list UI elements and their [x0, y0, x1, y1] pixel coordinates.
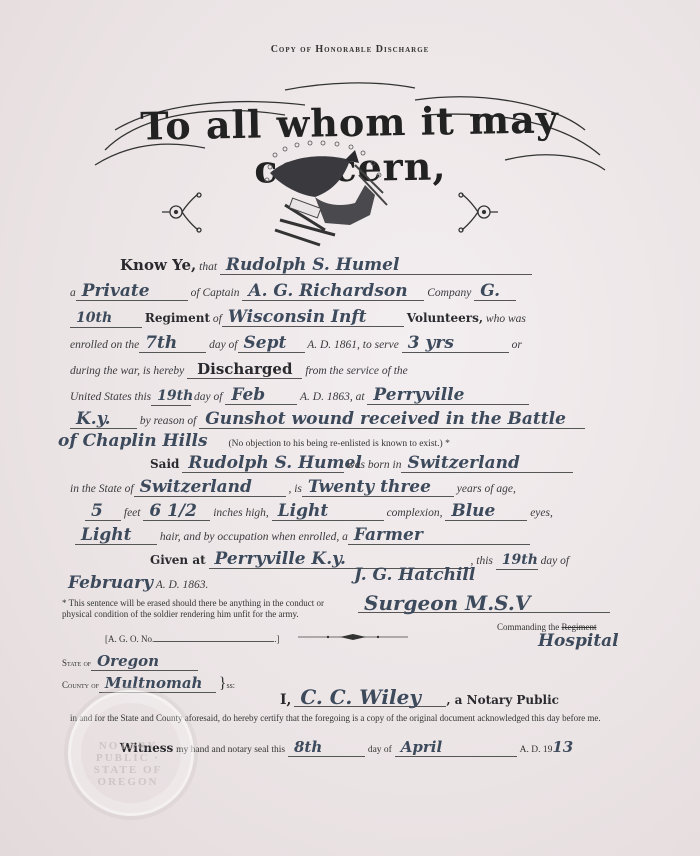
reason-continued-field: of Chaplin Hills — [52, 432, 214, 450]
occupation-line: Light hair, and by occupation when enrol… — [75, 526, 530, 545]
term-field: 3 yrs — [402, 334, 509, 353]
company-field: G. — [474, 282, 516, 301]
label-hair-occupation: hair, and by occupation when enrolled, a — [160, 531, 348, 543]
complexion-field: Light — [272, 502, 384, 521]
regiment-line: 10th Regiment ofWisconsin Inft Volunteer… — [70, 308, 526, 328]
label-regiment: Regiment — [145, 311, 210, 325]
given-date-line: February A. D. 1863. — [68, 574, 208, 592]
know-ye-heading: Know Ye, — [120, 256, 196, 274]
label-volunteers: Volunteers, — [407, 311, 483, 325]
enroll-month-field: Sept — [238, 334, 305, 353]
witness-day-field: 8th — [288, 738, 365, 757]
birth-line: Said Rudolph S. Humel was born inSwitzer… — [150, 454, 573, 473]
given-month-field: February — [68, 574, 153, 592]
eagle-with-stars-and-flags-icon — [255, 135, 395, 250]
know-ye-line: Know Ye, that Rudolph S. Humel — [120, 256, 532, 275]
notary-name-field: C. C. Wiley — [294, 688, 446, 707]
label-us-this: United States this — [70, 391, 151, 403]
label-who-was: who was — [486, 313, 526, 325]
ago-number: [A. G. O. No..] — [105, 634, 280, 644]
scroll-ornament-right-icon — [455, 190, 500, 235]
label-is: , is — [288, 483, 301, 495]
label-by-reason: by reason of — [140, 415, 196, 427]
label-day-of-3: day of — [541, 555, 569, 567]
discharge-year: A. D. 1863 — [300, 391, 350, 403]
height-inches-field: 6 1/2 — [143, 502, 210, 521]
given-day-field: 19th — [496, 551, 538, 570]
label-said: Said — [150, 457, 179, 471]
divider-ornament-icon — [298, 634, 408, 640]
label-feet: feet — [124, 507, 141, 519]
label-company: Company — [427, 287, 471, 299]
label-ad-19: A. D. 19 — [520, 745, 553, 755]
notary-title: , a Notary Public — [446, 693, 559, 707]
reason-field: Gunshot wound received in the Battle — [199, 410, 585, 429]
county-line: County ofMultnomah }ss: — [62, 674, 235, 693]
occupation-field: Farmer — [348, 526, 530, 545]
regiment-number-field: 10th — [70, 309, 142, 328]
signature-title: Surgeon M.S.V — [358, 594, 610, 613]
label-day-of-notary: day of — [368, 745, 392, 755]
ago-label: [A. G. O. No. — [105, 634, 154, 644]
signature-unit: Hospital — [532, 632, 625, 650]
label-at: , at — [350, 391, 365, 403]
ago-close: .] — [274, 634, 279, 644]
reason-line: K.y. by reason of Gunshot wound received… — [70, 410, 585, 429]
label-day-of-2: day of — [194, 391, 222, 403]
label-complexion: complexion, — [387, 507, 443, 519]
witness-year-suffix: 13 — [552, 738, 573, 756]
label-of: of — [213, 313, 222, 325]
state-line: State ofOregon — [62, 652, 198, 671]
label-to-serve: , to serve — [357, 339, 399, 351]
enrollment-line: enrolled on the7th day ofSept A. D. 1861… — [70, 334, 522, 353]
discharge-day-field: 19th — [151, 387, 191, 406]
discharge-place-field: Perryville — [367, 386, 529, 405]
discharge-date-line: United States this19th day of Feb A. D. … — [70, 386, 529, 406]
birth-state-field: Switzerland — [134, 478, 286, 497]
rank-line: aPrivate of Captain A. G. Richardson Com… — [70, 282, 516, 301]
discharged-line: during the war, is hereby Discharged fro… — [70, 360, 408, 378]
discharge-document: Copy of Honorable Discharge To all whom … — [0, 0, 700, 856]
soldier-name-field: Rudolph S. Humel — [220, 256, 532, 275]
label-enrolled: enrolled on the — [70, 339, 139, 351]
label-eyes: eyes, — [530, 507, 553, 519]
label-from-service: from the service of the — [305, 365, 407, 377]
label-of-captain: of Captain — [191, 287, 240, 299]
physical-line: 5 feet 6 1/2 inches high, Light complexi… — [85, 502, 553, 521]
hair-field: Light — [75, 526, 157, 545]
discharged-heading: Discharged — [187, 360, 302, 379]
label-state-of-notary: State of — [62, 658, 91, 668]
discharge-state-field: K.y. — [70, 410, 137, 429]
label-county-of: County of — [62, 680, 99, 690]
footnote-text: * This sentence will be erased should th… — [62, 598, 327, 620]
height-feet-field: 5 — [85, 502, 121, 521]
notary-state-field: Oregon — [91, 652, 198, 671]
label-born-in: was born in — [347, 459, 401, 471]
enroll-day-field: 7th — [139, 334, 206, 353]
signature-name: J. G. Hatchill — [348, 566, 481, 584]
scroll-ornament-left-icon — [160, 190, 205, 235]
label-state-of: in the State of — [70, 483, 134, 495]
seal-text: NOTARY PUBLIC · STATE OF OREGON — [80, 740, 176, 788]
given-year: A. D. 1863. — [156, 579, 209, 591]
label-or: or — [512, 339, 522, 351]
label-inches-high: inches high, — [213, 507, 269, 519]
label-ss: ss: — [226, 681, 234, 690]
label-years-of-age: years of age, — [457, 483, 516, 495]
birthplace-field: Switzerland — [401, 454, 573, 473]
regiment-unit-field: Wisconsin Inft — [222, 308, 404, 327]
label-that: that — [199, 261, 217, 273]
enroll-year: A. D. 1861 — [307, 339, 357, 351]
label-day-of: day of — [209, 339, 237, 351]
label-i: I, — [280, 692, 291, 708]
label-given-at: Given at — [150, 553, 206, 567]
eyes-field: Blue — [445, 502, 527, 521]
label-during-war: during the war, is hereby — [70, 365, 184, 377]
no-objection-note: (No objection to his being re-enlisted i… — [228, 439, 449, 449]
document-caption: Copy of Honorable Discharge — [0, 44, 700, 55]
discharge-month-field: Feb — [225, 386, 297, 405]
notary-county-field: Multnomah — [99, 674, 216, 693]
captain-field: A. G. Richardson — [242, 282, 424, 301]
notary-name-line: I, C. C. Wiley, a Notary Public — [280, 688, 559, 708]
age-field: Twenty three — [302, 478, 454, 497]
witness-month-field: April — [395, 738, 517, 757]
age-line: in the State ofSwitzerland , isTwenty th… — [70, 478, 516, 497]
said-name-field: Rudolph S. Humel — [182, 454, 344, 473]
reason-continued-line: of Chaplin Hills (No objection to his be… — [52, 432, 450, 450]
rank-field: Private — [76, 282, 188, 301]
